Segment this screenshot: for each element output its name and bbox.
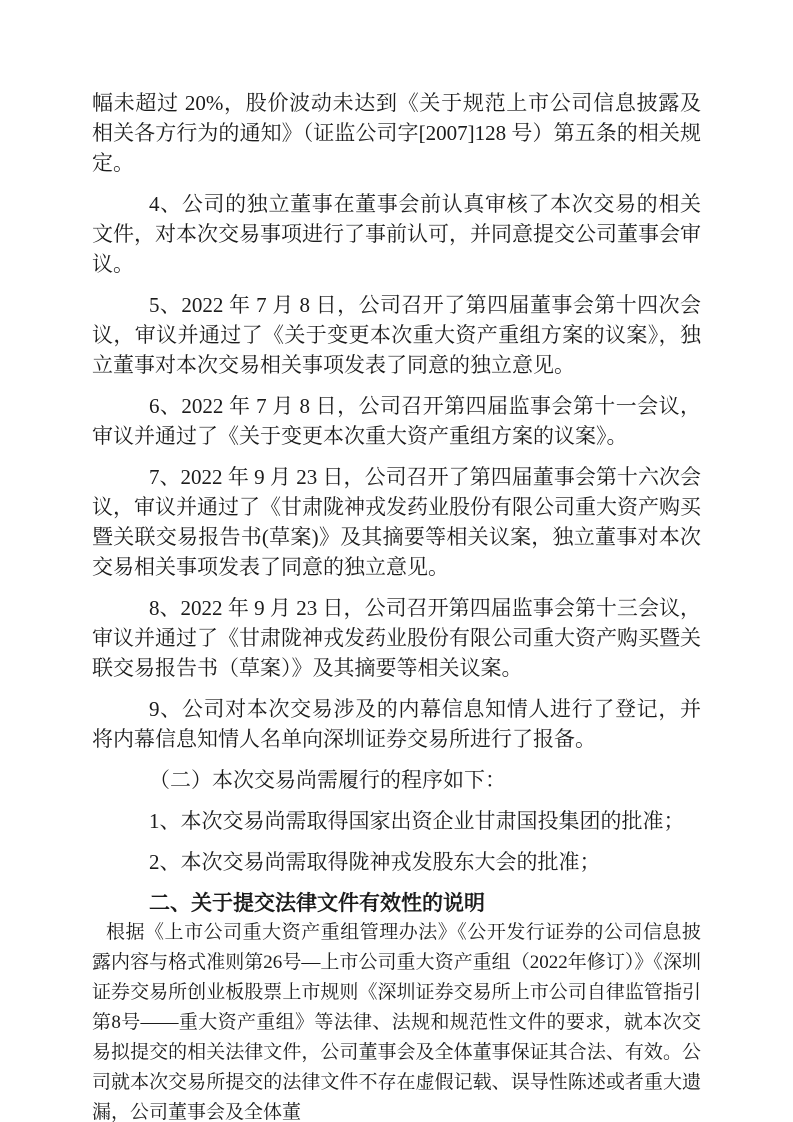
numbered-paragraph-7: 7、2022 年 9 月 23 日，公司召开了第四届董事会第十六次会议，审议并通… xyxy=(92,462,701,582)
numbered-paragraph-9: 9、公司对本次交易涉及的内幕信息知情人进行了登记，并将内幕信息知情人名单向深圳证… xyxy=(92,694,701,754)
page-content: 幅未超过 20%，股价波动未达到《关于规范上市公司信息披露及相关各方行为的通知》… xyxy=(92,88,701,1122)
sub-section-label: （二）本次交易尚需履行的程序如下： xyxy=(92,765,701,795)
document-page: 幅未超过 20%，股价波动未达到《关于规范上市公司信息披露及相关各方行为的通知》… xyxy=(0,0,793,1122)
numbered-paragraph-5: 5、2022 年 7 月 8 日，公司召开了第四届董事会第十四次会议，审议并通过… xyxy=(92,290,701,380)
list-item-1: 1、本次交易尚需取得国家出资企业甘肃国投集团的批准； xyxy=(92,806,701,836)
continued-paragraph: 幅未超过 20%，股价波动未达到《关于规范上市公司信息披露及相关各方行为的通知》… xyxy=(92,88,701,178)
numbered-paragraph-8: 8、2022 年 9 月 23 日，公司召开第四届监事会第十三会议，审议并通过了… xyxy=(92,593,701,683)
section-heading: 二、关于提交法律文件有效性的说明 xyxy=(92,888,701,918)
list-item-2: 2、本次交易尚需取得陇神戎发股东大会的批准； xyxy=(92,847,701,877)
numbered-paragraph-4: 4、公司的独立董事在董事会前认真审核了本次交易的相关文件，对本次交易事项进行了事… xyxy=(92,189,701,279)
closing-paragraph: 根据《上市公司重大资产重组管理办法》《公开发行证券的公司信息披露内容与格式准则第… xyxy=(92,918,701,1122)
numbered-paragraph-6: 6、2022 年 7 月 8 日，公司召开第四届监事会第十一会议，审议并通过了《… xyxy=(92,391,701,451)
